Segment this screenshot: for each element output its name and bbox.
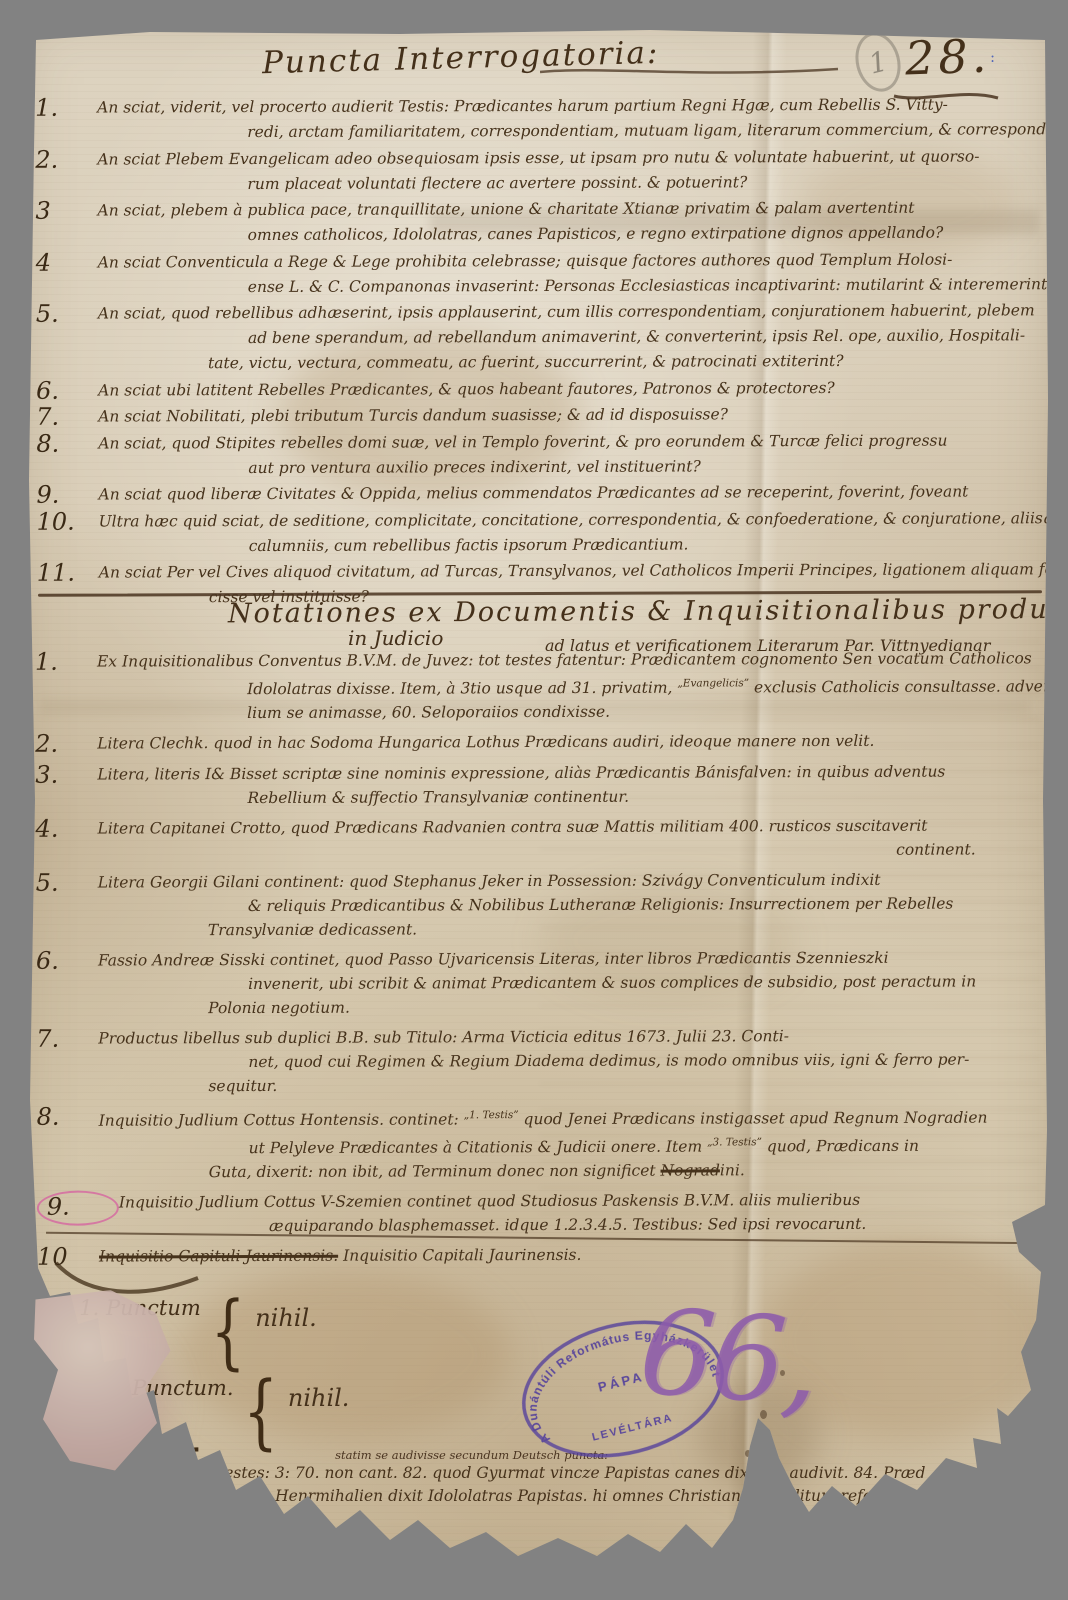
item-number: 3. [35, 763, 97, 788]
item-text: Litera, literis I& Bisset scriptæ sine n… [97, 759, 1045, 810]
manuscript-line: An sciat Plebem Evangelicam adeo obsequi… [97, 144, 1045, 172]
item-number: 11. [37, 561, 99, 586]
manuscript-line: Guta, dixerit: non ibit, ad Terminum don… [209, 1158, 1047, 1185]
manuscript-line: Inquisitio Judlium Cottus Hontensis. con… [98, 1101, 1046, 1132]
notationes-item: 4.Litera Capitanei Crotto, quod Prædican… [35, 813, 1045, 865]
manuscript-line: Inquisitio Judlium Cottus V-Szemien cont… [119, 1188, 1047, 1215]
item-text: An sciat Conventicula a Rege & Lege proh… [98, 247, 1056, 300]
manuscript-line: omnes catholicos, Idololatras, canes Pap… [248, 220, 1046, 248]
item-number: 7. [36, 405, 98, 430]
item-number: 10. [37, 509, 99, 534]
manuscript-line: continent. [98, 838, 976, 865]
notationes-list: 1.Ex Inquisitionalibus Conventus B.V.M. … [35, 646, 1047, 1276]
interrogatoria-item: 4An sciat Conventicula a Rege & Lege pro… [36, 247, 1046, 301]
item-number: 7. [36, 1027, 98, 1052]
document-photo: Puncta Interrogatoria: 1 28. : 1.An scia… [0, 0, 1068, 1600]
item-number: 4. [35, 817, 97, 842]
notationes-item: 1.Ex Inquisitionalibus Conventus B.V.M. … [35, 646, 1045, 726]
item-number: 8. [36, 1105, 98, 1130]
item-text: An sciat quod liberæ Civitates & Oppida,… [98, 479, 1046, 507]
manuscript-line: An sciat Conventicula a Rege & Lege proh… [98, 247, 1056, 275]
manuscript-line: invenerit, ubi scribit & animat Prædican… [248, 969, 1046, 996]
interrogatoria-list: 1.An sciat, viderit, vel procerto audier… [35, 92, 1047, 612]
item-text: An sciat, quod Stipites rebelles domi su… [98, 428, 1046, 481]
manuscript-line: net, quod cui Regimen & Regium Diadema d… [248, 1047, 1046, 1074]
item-text: An sciat Plebem Evangelicam adeo obsequi… [97, 144, 1045, 197]
archive-number-purple: 66, [635, 1282, 820, 1432]
item-number: 6. [36, 378, 98, 403]
manuscript-line: sequitur. [208, 1071, 1046, 1098]
manuscript-line: Ultra hæc quid sciat, de seditione, comp… [99, 506, 1068, 534]
folio-number: 28. [904, 29, 991, 86]
responsum-value: nihil. [288, 1384, 350, 1412]
item-number: 2. [35, 732, 97, 757]
curly-brace: { [171, 1446, 205, 1519]
notationes-item: 7.Productus libellus sub duplici B.B. su… [36, 1023, 1046, 1099]
curly-brace: { [211, 1296, 245, 1369]
manuscript-line: An sciat, plebem à publica pace, tranqui… [97, 195, 1045, 223]
notationes-item: 8.Inquisitio Judlium Cottus Hontensis. c… [36, 1101, 1046, 1185]
manuscript-line: Idololatras dixisse. Item, à 3tio usque … [247, 670, 1068, 701]
manuscript-line: tate, victu, vectura, commeatu, ac fueri… [208, 348, 1046, 376]
item-text: Fassio Andreæ Sisski continet, quod Pass… [98, 945, 1046, 1020]
interrogatoria-item: 5.An sciat, quod rebellibus adhæserint, … [36, 298, 1046, 377]
manuscript-line: lium se animasse, 60. Seloporaiios condi… [247, 698, 1068, 725]
interrogatoria-item: 3An sciat, plebem à publica pace, tranqu… [35, 195, 1045, 249]
item-number: 2. [35, 147, 97, 172]
item-text: An sciat, viderit, vel procerto audierit… [97, 92, 1068, 146]
manuscript-line: Ex Inquisitionalibus Conventus B.V.M. de… [97, 646, 1068, 674]
item-number: 5. [36, 302, 98, 327]
interrogatoria-item: 10.Ultra hæc quid sciat, de seditione, c… [37, 506, 1047, 560]
manuscript-line: An sciat, viderit, vel procerto audierit… [97, 92, 1068, 121]
notationes-header: Notationes ex Documentis & Inquisitional… [228, 594, 1068, 630]
manuscript-line: Litera Georgii Gilani continent: quod St… [98, 867, 1046, 894]
responsum-line: Henrmihalien dixit Idololatras Papistas.… [275, 1485, 925, 1508]
interrogatoria-item: 2.An sciat Plebem Evangelicam adeo obseq… [35, 144, 1045, 198]
responsum-row: Ad 3um. { statim se audivisse secundum D… [72, 1446, 925, 1508]
interrogatoria-item: 1.An sciat, viderit, vel procerto audier… [35, 92, 1045, 146]
item-number: 6. [36, 949, 98, 974]
manuscript-line: aut pro ventura auxilio preces indixerin… [248, 453, 1046, 481]
manuscript-line: Rebellium & suffectio Transylvaniæ conti… [247, 783, 1045, 810]
manuscript-line: ense L. & C. Companonas invaserint: Pers… [248, 272, 1056, 300]
item-text: Litera Georgii Gilani continent: quod St… [98, 867, 1046, 942]
notationes-item: 3.Litera, literis I& Bisset scriptæ sine… [35, 759, 1045, 811]
interrogatoria-item: 6.An sciat ubi latitent Rebelles Prædica… [36, 375, 1046, 404]
item-text: Productus libellus sub duplici B.B. sub … [98, 1023, 1046, 1098]
manuscript-line: & reliquis Prædicantibus & Nobilibus Lut… [248, 891, 1046, 918]
responsum-row: Punctum. { nihil. [132, 1376, 349, 1425]
manuscript-line: ut Pelyleve Prædicantes à Citationis & J… [249, 1130, 1047, 1161]
item-text: Inquisitio Judlium Cottus V-Szemien cont… [119, 1188, 1047, 1239]
interrogatoria-item: 9.An sciat quod liberæ Civitates & Oppid… [36, 479, 1046, 508]
manuscript-line: calumniis, cum rebellibus factis ipsorum… [249, 531, 1068, 559]
curly-brace: { [244, 1376, 278, 1449]
item-text: Litera Capitanei Crotto, quod Prædicans … [97, 813, 1045, 864]
manuscript-line: Litera Clechk. quod in hac Sodoma Hungar… [97, 728, 1045, 755]
manuscript-line: An sciat quod liberæ Civitates & Oppida,… [98, 479, 1046, 507]
manuscript-line: ad bene sperandum, ad rebellandum animav… [248, 323, 1046, 351]
manuscript-line: An sciat ubi latitent Rebelles Prædicant… [98, 375, 1046, 403]
manuscript-line: redi, arctam familiaritatem, corresponde… [247, 117, 1068, 145]
item-text: An sciat ubi latitent Rebelles Prædicant… [98, 375, 1046, 403]
title-flourish-stroke [540, 62, 840, 82]
item-number: 5. [36, 871, 98, 896]
item-text: An sciat, plebem à publica pace, tranqui… [97, 195, 1045, 248]
item-text: Inquisitio Capituli Jaurinensis. Inquisi… [99, 1242, 1047, 1269]
manuscript-line: Inquisitio Capituli Jaurinensis. Inquisi… [99, 1242, 1047, 1269]
item-number: 3 [35, 199, 97, 224]
item-number: 8. [36, 431, 98, 456]
interrogatoria-item: 8.An sciat, quod Stipites rebelles domi … [36, 428, 1046, 482]
item-number: 1. [35, 650, 97, 675]
notationes-item: 5.Litera Georgii Gilani continent: quod … [36, 867, 1046, 943]
item-text: Ultra hæc quid sciat, de seditione, comp… [99, 506, 1068, 559]
manuscript-line: rum placeat voluntati flectere ac averte… [247, 169, 1045, 197]
item-number: 9. [36, 483, 98, 508]
item-text: An sciat Nobilitati, plebi tributum Turc… [98, 401, 1046, 429]
item-text: An sciat, quod rebellibus adhæserint, ip… [98, 298, 1046, 376]
interrogatoria-item: 7.An sciat Nobilitati, plebi tributum Tu… [36, 401, 1046, 430]
item-number: 1. [35, 96, 97, 121]
manuscript-line: Litera Capitanei Crotto, quod Prædicans … [97, 813, 1045, 840]
manuscript-line: An sciat, quod Stipites rebelles domi su… [98, 428, 1046, 456]
notationes-item: 9.Inquisitio Judlium Cottus V-Szemien co… [37, 1188, 1047, 1240]
manuscript-line: An sciat Nobilitati, plebi tributum Turc… [98, 401, 1046, 429]
manuscript-line: An sciat Per vel Cives aliquod civitatum… [99, 557, 1059, 585]
manuscript-line: Litera, literis I& Bisset scriptæ sine n… [97, 759, 1045, 786]
item-number: 9. [37, 1191, 119, 1226]
manuscript-line: Productus libellus sub duplici B.B. sub … [98, 1023, 1046, 1050]
manuscript-line: An sciat, quod rebellibus adhæserint, ip… [98, 298, 1046, 326]
manuscript-line: Transylvaniæ dedicassent. [208, 915, 1046, 942]
notationes-header-insert: in Judicio [348, 626, 443, 650]
item-text: Ex Inquisitionalibus Conventus B.V.M. de… [97, 646, 1068, 726]
item-text: Inquisitio Judlium Cottus Hontensis. con… [98, 1101, 1046, 1185]
manuscript-line: Fassio Andreæ Sisski continet, quod Pass… [98, 945, 1046, 972]
notationes-item: 6.Fassio Andreæ Sisski continet, quod Pa… [36, 945, 1046, 1021]
blue-ink-mark: : [990, 48, 995, 66]
item-number: 4 [36, 250, 98, 275]
responsum-value: nihil. [255, 1304, 317, 1332]
manuscript-line: Polonia negotium. [208, 993, 1046, 1020]
item-text: Litera Clechk. quod in hac Sodoma Hungar… [97, 728, 1045, 755]
notationes-item: 2.Litera Clechk. quod in hac Sodoma Hung… [35, 728, 1045, 757]
